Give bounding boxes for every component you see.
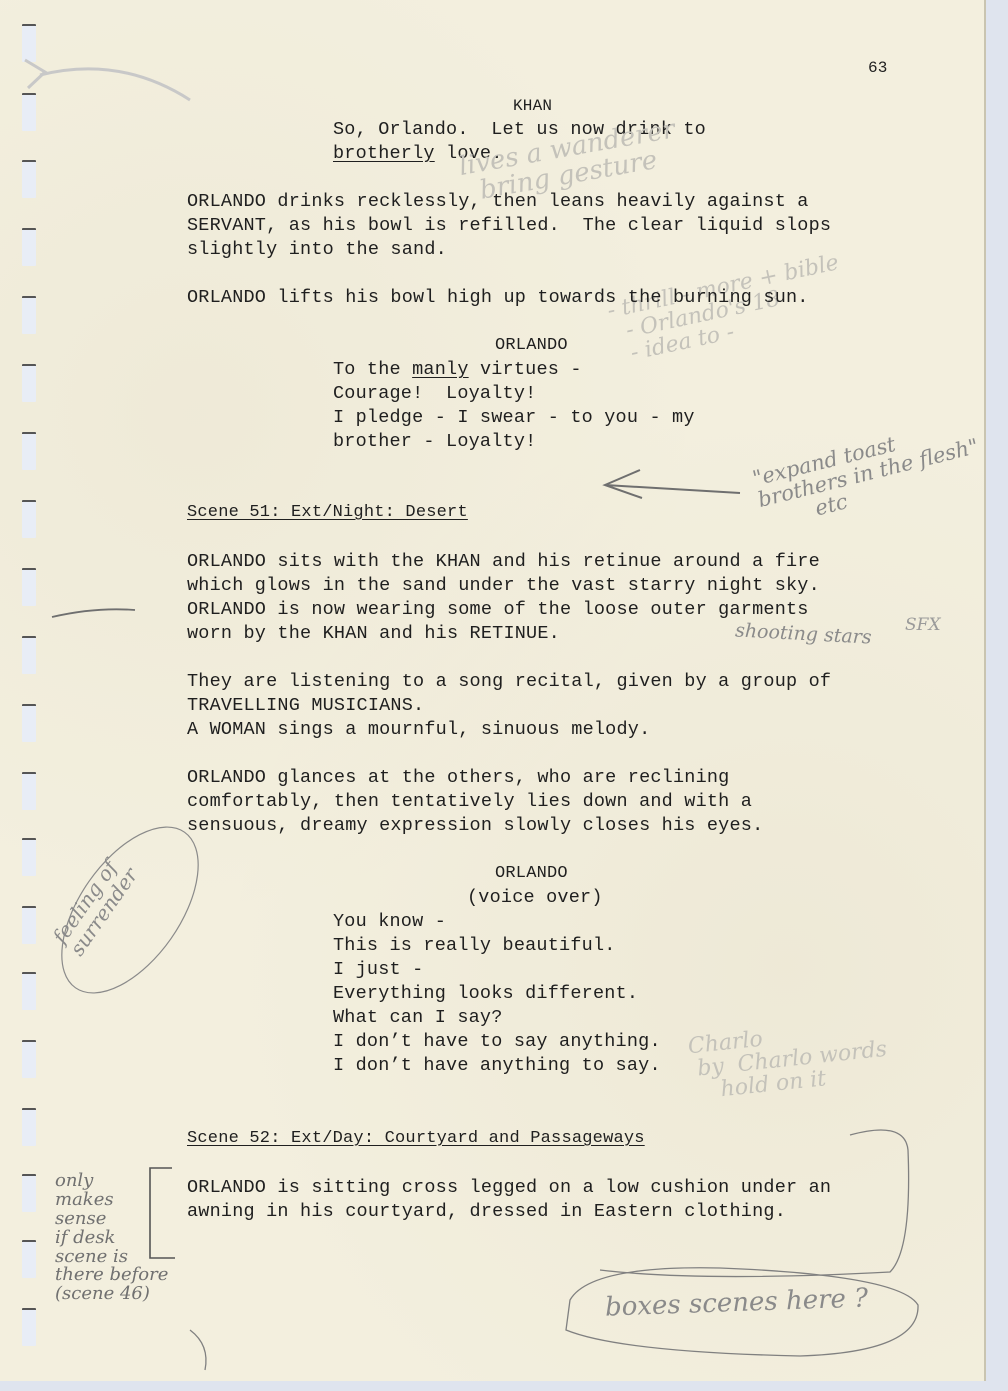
binder-hole (22, 93, 36, 131)
parenthetical: (voice over) (467, 886, 603, 910)
binder-hole (22, 1174, 36, 1212)
character-cue-khan: KHAN (513, 94, 552, 118)
dialogue-line: You know - (333, 910, 446, 934)
annotation-feeling-of-surrender: feeling of surrender (49, 853, 141, 960)
annotation-sfx: SFX (905, 617, 941, 635)
page-number: 63 (868, 56, 888, 80)
scene-heading-52: Scene 52: Ext/Day: Courtyard and Passage… (187, 1127, 645, 1151)
dialogue-line: Everything looks different. (333, 982, 638, 1006)
dialogue-text: virtues - (469, 359, 582, 380)
action-line: TRAVELLING MUSICIANS. (187, 694, 424, 718)
character-cue-orlando: ORLANDO (495, 334, 568, 358)
action-line: sensuous, dreamy expression slowly close… (187, 814, 763, 838)
action-line: which glows in the sand under the vast s… (187, 574, 820, 598)
dialogue-line: brother - Loyalty! (333, 430, 536, 454)
bleed-through-writing: Charlo by Charlo words hold on it (687, 1015, 891, 1105)
binder-hole (22, 906, 36, 944)
binder-hole (22, 704, 36, 742)
dialogue-line: What can I say? (333, 1006, 503, 1030)
binder-hole (22, 432, 36, 470)
binder-hole (22, 1240, 36, 1278)
scene-heading-51: Scene 51: Ext/Night: Desert (187, 501, 468, 525)
action-line: ORLANDO sits with the KHAN and his retin… (187, 550, 820, 574)
action-line: A WOMAN sings a mournful, sinuous melody… (187, 718, 650, 742)
action-line: ORLANDO lifts his bowl high up towards t… (187, 286, 809, 310)
annotation-only-makes-sense: only makes sense if desk scene is there … (55, 1172, 168, 1304)
action-line: awning in his courtyard, dressed in East… (187, 1200, 786, 1224)
dialogue-line: I don’t have to say anything. (333, 1030, 661, 1054)
dialogue-line: I don’t have anything to say. (333, 1054, 661, 1078)
dialogue-line: This is really beautiful. (333, 934, 616, 958)
action-line: They are listening to a song recital, gi… (187, 670, 831, 694)
binder-hole (22, 1108, 36, 1146)
binder-hole (22, 772, 36, 810)
action-line: SERVANT, as his bowl is refilled. The cl… (187, 214, 831, 238)
annotation-expand-toast: "expand toast brothers in the flesh" etc (750, 414, 986, 533)
dialogue-line: To the manly virtues - (333, 358, 582, 382)
action-line: ORLANDO is now wearing some of the loose… (187, 598, 809, 622)
binder-hole (22, 1040, 36, 1078)
annotation-shooting-stars: shooting stars (735, 621, 872, 648)
binder-hole (22, 568, 36, 606)
action-line: comfortably, then tentatively lies down … (187, 790, 752, 814)
binder-hole (22, 1308, 36, 1346)
script-page: 63 KHAN So, Orlando. Let us now drink to… (0, 0, 986, 1381)
binder-hole (22, 160, 36, 198)
binder-hole (22, 296, 36, 334)
binder-hole (22, 24, 36, 62)
action-line: ORLANDO is sitting cross legged on a low… (187, 1176, 831, 1200)
dialogue-line: I just - (333, 958, 423, 982)
character-cue-orlando-vo: ORLANDO (495, 862, 568, 886)
action-line: slightly into the sand. (187, 238, 447, 262)
action-line: worn by the KHAN and his RETINUE. (187, 622, 560, 646)
dialogue-text: To the (333, 359, 412, 380)
underlined-word: manly (412, 359, 469, 380)
binder-hole (22, 228, 36, 266)
binder-hole (22, 364, 36, 402)
annotation-boxes-scenes-here: boxes scenes here ? (605, 1285, 869, 1321)
binder-hole (22, 838, 36, 876)
dialogue-line: I pledge - I swear - to you - my (333, 406, 695, 430)
binder-hole (22, 636, 36, 674)
underlined-word: brotherly (333, 143, 435, 164)
dialogue-line: Courage! Loyalty! (333, 382, 536, 406)
binder-hole (22, 972, 36, 1010)
binder-hole (22, 500, 36, 538)
action-line: ORLANDO glances at the others, who are r… (187, 766, 730, 790)
